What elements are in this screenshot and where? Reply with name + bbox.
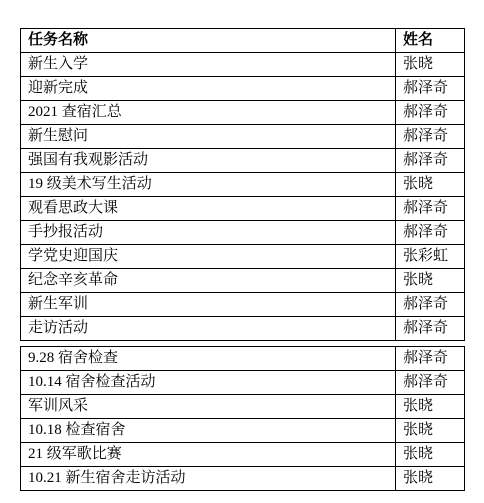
name-cell: 张彩虹	[396, 245, 465, 269]
name-cell: 郝泽奇	[396, 293, 465, 317]
table-row: 新生入学张晓	[21, 53, 465, 77]
table-row: 学党史迎国庆张彩虹	[21, 245, 465, 269]
table-body-first: 新生入学张晓迎新完成郝泽奇2021 查宿汇总郝泽奇新生慰问郝泽奇强国有我观影活动…	[21, 53, 465, 341]
task-cell: 19 级美术写生活动	[21, 173, 396, 197]
task-cell: 纪念辛亥革命	[21, 269, 396, 293]
task-cell: 强国有我观影活动	[21, 149, 396, 173]
name-cell: 郝泽奇	[396, 317, 465, 341]
name-cell: 郝泽奇	[396, 149, 465, 173]
name-cell: 张晓	[396, 419, 465, 443]
task-cell: 观看思政大课	[21, 197, 396, 221]
table-row: 观看思政大课郝泽奇	[21, 197, 465, 221]
name-cell: 郝泽奇	[396, 125, 465, 149]
task-cell: 手抄报活动	[21, 221, 396, 245]
task-cell: 10.14 宿舍检查活动	[21, 371, 396, 395]
name-cell: 张晓	[396, 269, 465, 293]
task-cell: 迎新完成	[21, 77, 396, 101]
table-body-second: 9.28 宿舍检查郝泽奇10.14 宿舍检查活动郝泽奇军训风采张晓10.18 检…	[21, 347, 465, 491]
name-cell: 郝泽奇	[396, 197, 465, 221]
task-cell: 新生入学	[21, 53, 396, 77]
name-cell: 郝泽奇	[396, 347, 465, 371]
name-cell: 张晓	[396, 173, 465, 197]
table-row: 新生慰问郝泽奇	[21, 125, 465, 149]
task-assignment-table: 任务名称 姓名 新生入学张晓迎新完成郝泽奇2021 查宿汇总郝泽奇新生慰问郝泽奇…	[20, 28, 465, 341]
table-row: 10.18 检查宿舍张晓	[21, 419, 465, 443]
table-row: 10.21 新生宿舍走访活动张晓	[21, 467, 465, 491]
task-cell: 10.18 检查宿舍	[21, 419, 396, 443]
table-row: 21 级军歌比赛张晓	[21, 443, 465, 467]
name-cell: 张晓	[396, 467, 465, 491]
task-cell: 学党史迎国庆	[21, 245, 396, 269]
table-row: 新生军训郝泽奇	[21, 293, 465, 317]
table-row: 9.28 宿舍检查郝泽奇	[21, 347, 465, 371]
name-cell: 张晓	[396, 443, 465, 467]
table-row: 手抄报活动郝泽奇	[21, 221, 465, 245]
table-row: 强国有我观影活动郝泽奇	[21, 149, 465, 173]
name-cell: 郝泽奇	[396, 101, 465, 125]
task-cell: 军训风采	[21, 395, 396, 419]
header-row: 任务名称 姓名	[21, 29, 465, 53]
task-cell: 2021 查宿汇总	[21, 101, 396, 125]
table-row: 19 级美术写生活动张晓	[21, 173, 465, 197]
column-header-task: 任务名称	[21, 29, 396, 53]
name-cell: 郝泽奇	[396, 77, 465, 101]
name-cell: 张晓	[396, 53, 465, 77]
table-row: 纪念辛亥革命张晓	[21, 269, 465, 293]
table-row: 军训风采张晓	[21, 395, 465, 419]
name-cell: 张晓	[396, 395, 465, 419]
task-cell: 9.28 宿舍检查	[21, 347, 396, 371]
column-header-name: 姓名	[396, 29, 465, 53]
task-cell: 走访活动	[21, 317, 396, 341]
task-cell: 21 级军歌比赛	[21, 443, 396, 467]
table-row: 10.14 宿舍检查活动郝泽奇	[21, 371, 465, 395]
table-row: 迎新完成郝泽奇	[21, 77, 465, 101]
name-cell: 郝泽奇	[396, 371, 465, 395]
task-cell: 新生军训	[21, 293, 396, 317]
name-cell: 郝泽奇	[396, 221, 465, 245]
table-row: 走访活动郝泽奇	[21, 317, 465, 341]
document-canvas: 任务名称 姓名 新生入学张晓迎新完成郝泽奇2021 查宿汇总郝泽奇新生慰问郝泽奇…	[20, 28, 464, 491]
table-row: 2021 查宿汇总郝泽奇	[21, 101, 465, 125]
task-cell: 10.21 新生宿舍走访活动	[21, 467, 396, 491]
task-cell: 新生慰问	[21, 125, 396, 149]
task-assignment-table-continued: 9.28 宿舍检查郝泽奇10.14 宿舍检查活动郝泽奇军训风采张晓10.18 检…	[20, 346, 465, 491]
